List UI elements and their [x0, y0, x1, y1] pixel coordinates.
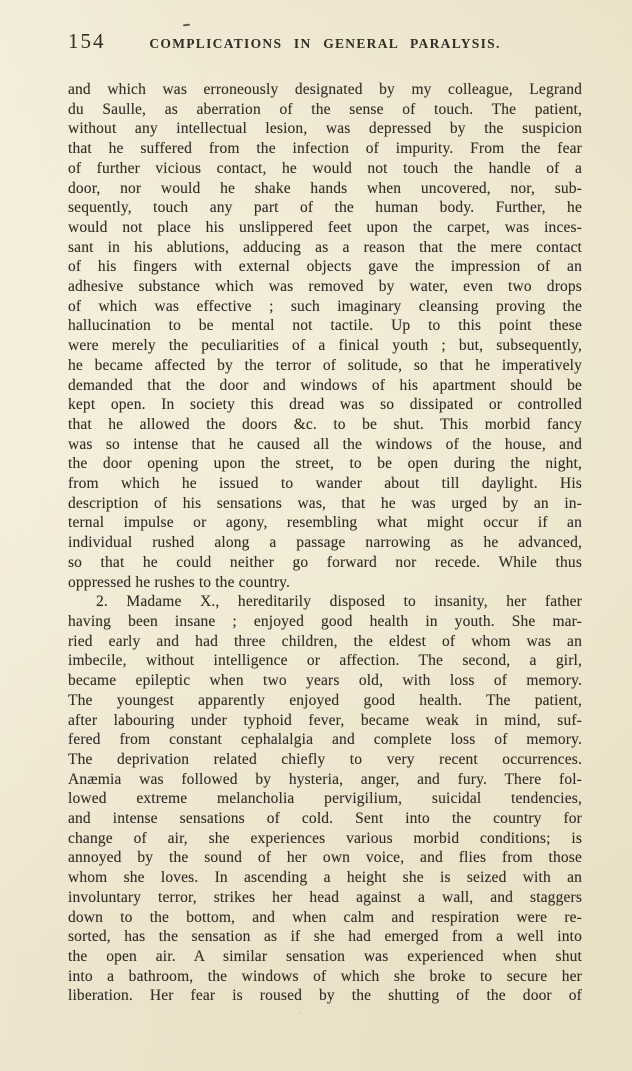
text-line: fered from constant cephalalgia and comp… [68, 730, 582, 750]
text-line: door, nor would he shake hands when unco… [68, 179, 582, 199]
text-line: annoyed by the sound of her own voice, a… [68, 848, 582, 868]
text-line: were merely the peculiarities of a finic… [68, 336, 582, 356]
text-line: Anæmia was followed by hysteria, anger, … [68, 770, 582, 790]
paragraph: and which was erroneously designated by … [68, 80, 582, 592]
text-line: description of his sensations was, that … [68, 494, 582, 514]
text-line: so that he could neither go forward nor … [68, 553, 582, 573]
text-line: liberation. Her fear is roused by the sh… [68, 986, 582, 1006]
text-line: kept open. In society this dread was so … [68, 395, 582, 415]
text-line: ternal impulse or agony, resembling what… [68, 513, 582, 533]
text-line: having been insane ; enjoyed good health… [68, 612, 582, 632]
text-line: whom she loves. In ascending a height sh… [68, 868, 582, 888]
text-line: oppressed he rushes to the country. [68, 573, 582, 593]
text-line: individual rushed along a passage narrow… [68, 533, 582, 553]
text-line: ried early and had three children, the e… [68, 632, 582, 652]
text-line: adhesive substance which was removed by … [68, 277, 582, 297]
text-line: that he suffered from the infection of i… [68, 139, 582, 159]
text-line: after labouring under typhoid fever, bec… [68, 711, 582, 731]
text-line: that he allowed the doors &c. to be shut… [68, 415, 582, 435]
text-line: would not place his unslippered feet upo… [68, 218, 582, 238]
text-line: sorted, has the sensation as if she had … [68, 927, 582, 947]
text-line: down to the bottom, and when calm and re… [68, 908, 582, 928]
text-line: hallucination to be mental not tactile. … [68, 316, 582, 336]
text-line: and intense sensations of cold. Sent int… [68, 809, 582, 829]
text-line: The youngest apparently enjoyed good hea… [68, 691, 582, 711]
text-line: involuntary terror, strikes her head aga… [68, 888, 582, 908]
text-line: he became affected by the terror of soli… [68, 356, 582, 376]
running-head-title: COMPLICATIONS IN GENERAL PARALYSIS. [68, 36, 582, 52]
text-line: and which was erroneously designated by … [68, 80, 582, 100]
book-page-scan: 154 COMPLICATIONS IN GENERAL PARALYSIS. … [0, 0, 632, 1071]
text-line: imbecile, without intelligence or affect… [68, 651, 582, 671]
text-line: lowed extreme melancholia pervigilium, s… [68, 789, 582, 809]
page-body: and which was erroneously designated by … [68, 80, 582, 1006]
text-line: of which was effective ; such imaginary … [68, 297, 582, 317]
text-line: sequently, touch any part of the human b… [68, 198, 582, 218]
running-header: 154 COMPLICATIONS IN GENERAL PARALYSIS. [68, 28, 582, 54]
text-line: the open air. A similar sensation was ex… [68, 947, 582, 967]
text-line: sant in his ablutions, adducing as a rea… [68, 238, 582, 258]
text-line: from which he issued to wander about til… [68, 474, 582, 494]
print-artifact-dash [183, 24, 190, 27]
text-line: change of air, she experiences various m… [68, 829, 582, 849]
text-line: of further vicious contact, he would not… [68, 159, 582, 179]
text-line: without any intellectual lesion, was dep… [68, 119, 582, 139]
text-line: the door opening upon the street, to be … [68, 454, 582, 474]
text-line: The deprivation related chiefly to very … [68, 750, 582, 770]
text-line: du Saulle, as aberration of the sense of… [68, 100, 582, 120]
text-line: was so intense that he caused all the wi… [68, 435, 582, 455]
paragraph: 2. Madame X., hereditarily disposed to i… [68, 592, 582, 1006]
text-line: of his fingers with external objects gav… [68, 257, 582, 277]
text-line: into a bathroom, the windows of which sh… [68, 967, 582, 987]
text-line: 2. Madame X., hereditarily disposed to i… [68, 592, 582, 612]
text-line: became epileptic when two years old, wit… [68, 671, 582, 691]
text-line: demanded that the door and windows of hi… [68, 376, 582, 396]
